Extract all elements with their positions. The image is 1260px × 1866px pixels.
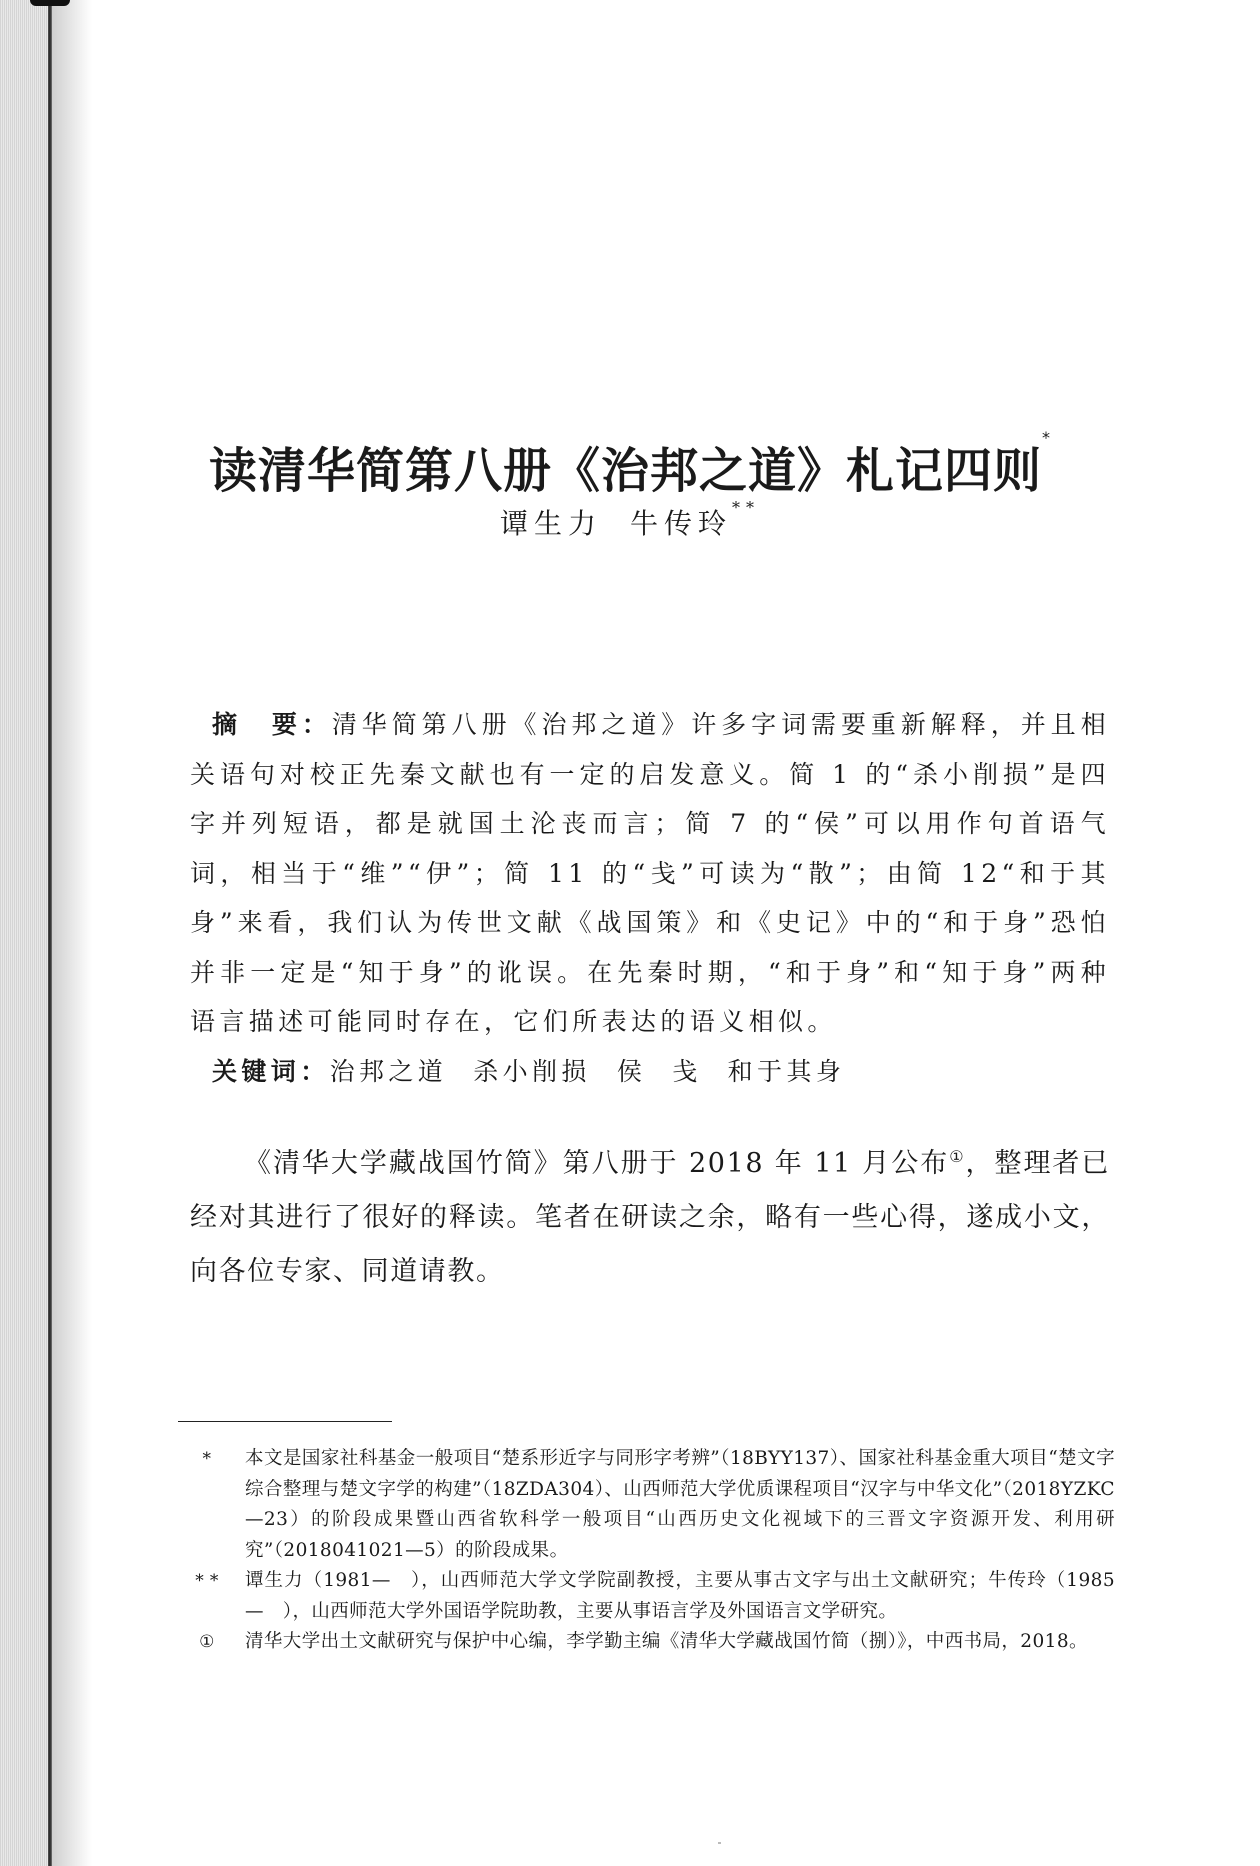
author-footnote-mark: **	[732, 498, 760, 517]
title-footnote-mark: *	[1042, 428, 1051, 447]
author-name: 牛传玲	[630, 507, 732, 540]
book-spine-top	[30, 0, 70, 6]
abstract-label: 摘 要：	[212, 710, 332, 739]
title-text: 读清华简第八册《治邦之道》札记四则	[209, 443, 1042, 499]
keyword: 侯	[617, 1057, 646, 1086]
keywords-label: 关键词：	[212, 1057, 330, 1086]
keyword: 戋	[672, 1057, 701, 1086]
keyword: 和于其身	[728, 1057, 846, 1086]
footnote-text: 清华大学出土文献研究与保护中心编，李学勤主编《清华大学藏战国竹简（捌）》，中西书…	[245, 1631, 1088, 1652]
author-line: 谭生力牛传玲**	[0, 502, 1260, 542]
footnote-mark: * *	[189, 1566, 225, 1597]
book-spine-line	[48, 0, 52, 1866]
book-gutter-shadow	[0, 0, 50, 1866]
footnotes: * 本文是国家社科基金一般项目“楚系形近字与同形字考辨”（18BYY137）、国…	[245, 1444, 1115, 1658]
body-paragraph: 《清华大学藏战国竹简》第八册于 2018 年 11 月公布①，整理者已经对其进行…	[190, 1130, 1110, 1299]
footnote: * * 谭生力（1981— ），山西师范大学文学院副教授，主要从事古文字与出土文…	[245, 1566, 1115, 1627]
footnote-ref[interactable]: ①	[949, 1147, 965, 1166]
keyword: 杀小削损	[473, 1057, 591, 1086]
footnote-mark: ①	[189, 1627, 225, 1658]
abstract-block: 摘 要：清华简第八册《治邦之道》许多字词需要重新解释，并且相关语句对校正先秦文献…	[190, 700, 1110, 1096]
article-title: 读清华简第八册《治邦之道》札记四则*	[0, 432, 1260, 501]
footnote-text: 本文是国家社科基金一般项目“楚系形近字与同形字考辨”（18BYY137）、国家社…	[245, 1448, 1115, 1561]
abstract-text: 清华简第八册《治邦之道》许多字词需要重新解释，并且相关语句对校正先秦文献也有一定…	[190, 710, 1110, 1036]
abstract-paragraph: 摘 要：清华简第八册《治邦之道》许多字词需要重新解释，并且相关语句对校正先秦文献…	[190, 700, 1110, 1047]
author-name: 谭生力	[500, 507, 602, 540]
keyword: 治邦之道	[330, 1057, 448, 1086]
footnote-mark: *	[189, 1444, 225, 1475]
scan-speck	[718, 1842, 721, 1844]
book-gutter-fade	[52, 0, 92, 1866]
footnote: ① 清华大学出土文献研究与保护中心编，李学勤主编《清华大学藏战国竹简（捌）》，中…	[245, 1627, 1115, 1658]
body-text-part: 《清华大学藏战国竹简》第八册于 2018 年 11 月公布	[244, 1148, 949, 1179]
keywords-line: 关键词：治邦之道杀小削损侯戋和于其身	[190, 1047, 1110, 1097]
footnote-text: 谭生力（1981— ），山西师范大学文学院副教授，主要从事古文字与出土文献研究；…	[245, 1570, 1115, 1622]
footnote: * 本文是国家社科基金一般项目“楚系形近字与同形字考辨”（18BYY137）、国…	[245, 1444, 1115, 1566]
footnote-separator	[178, 1421, 392, 1422]
